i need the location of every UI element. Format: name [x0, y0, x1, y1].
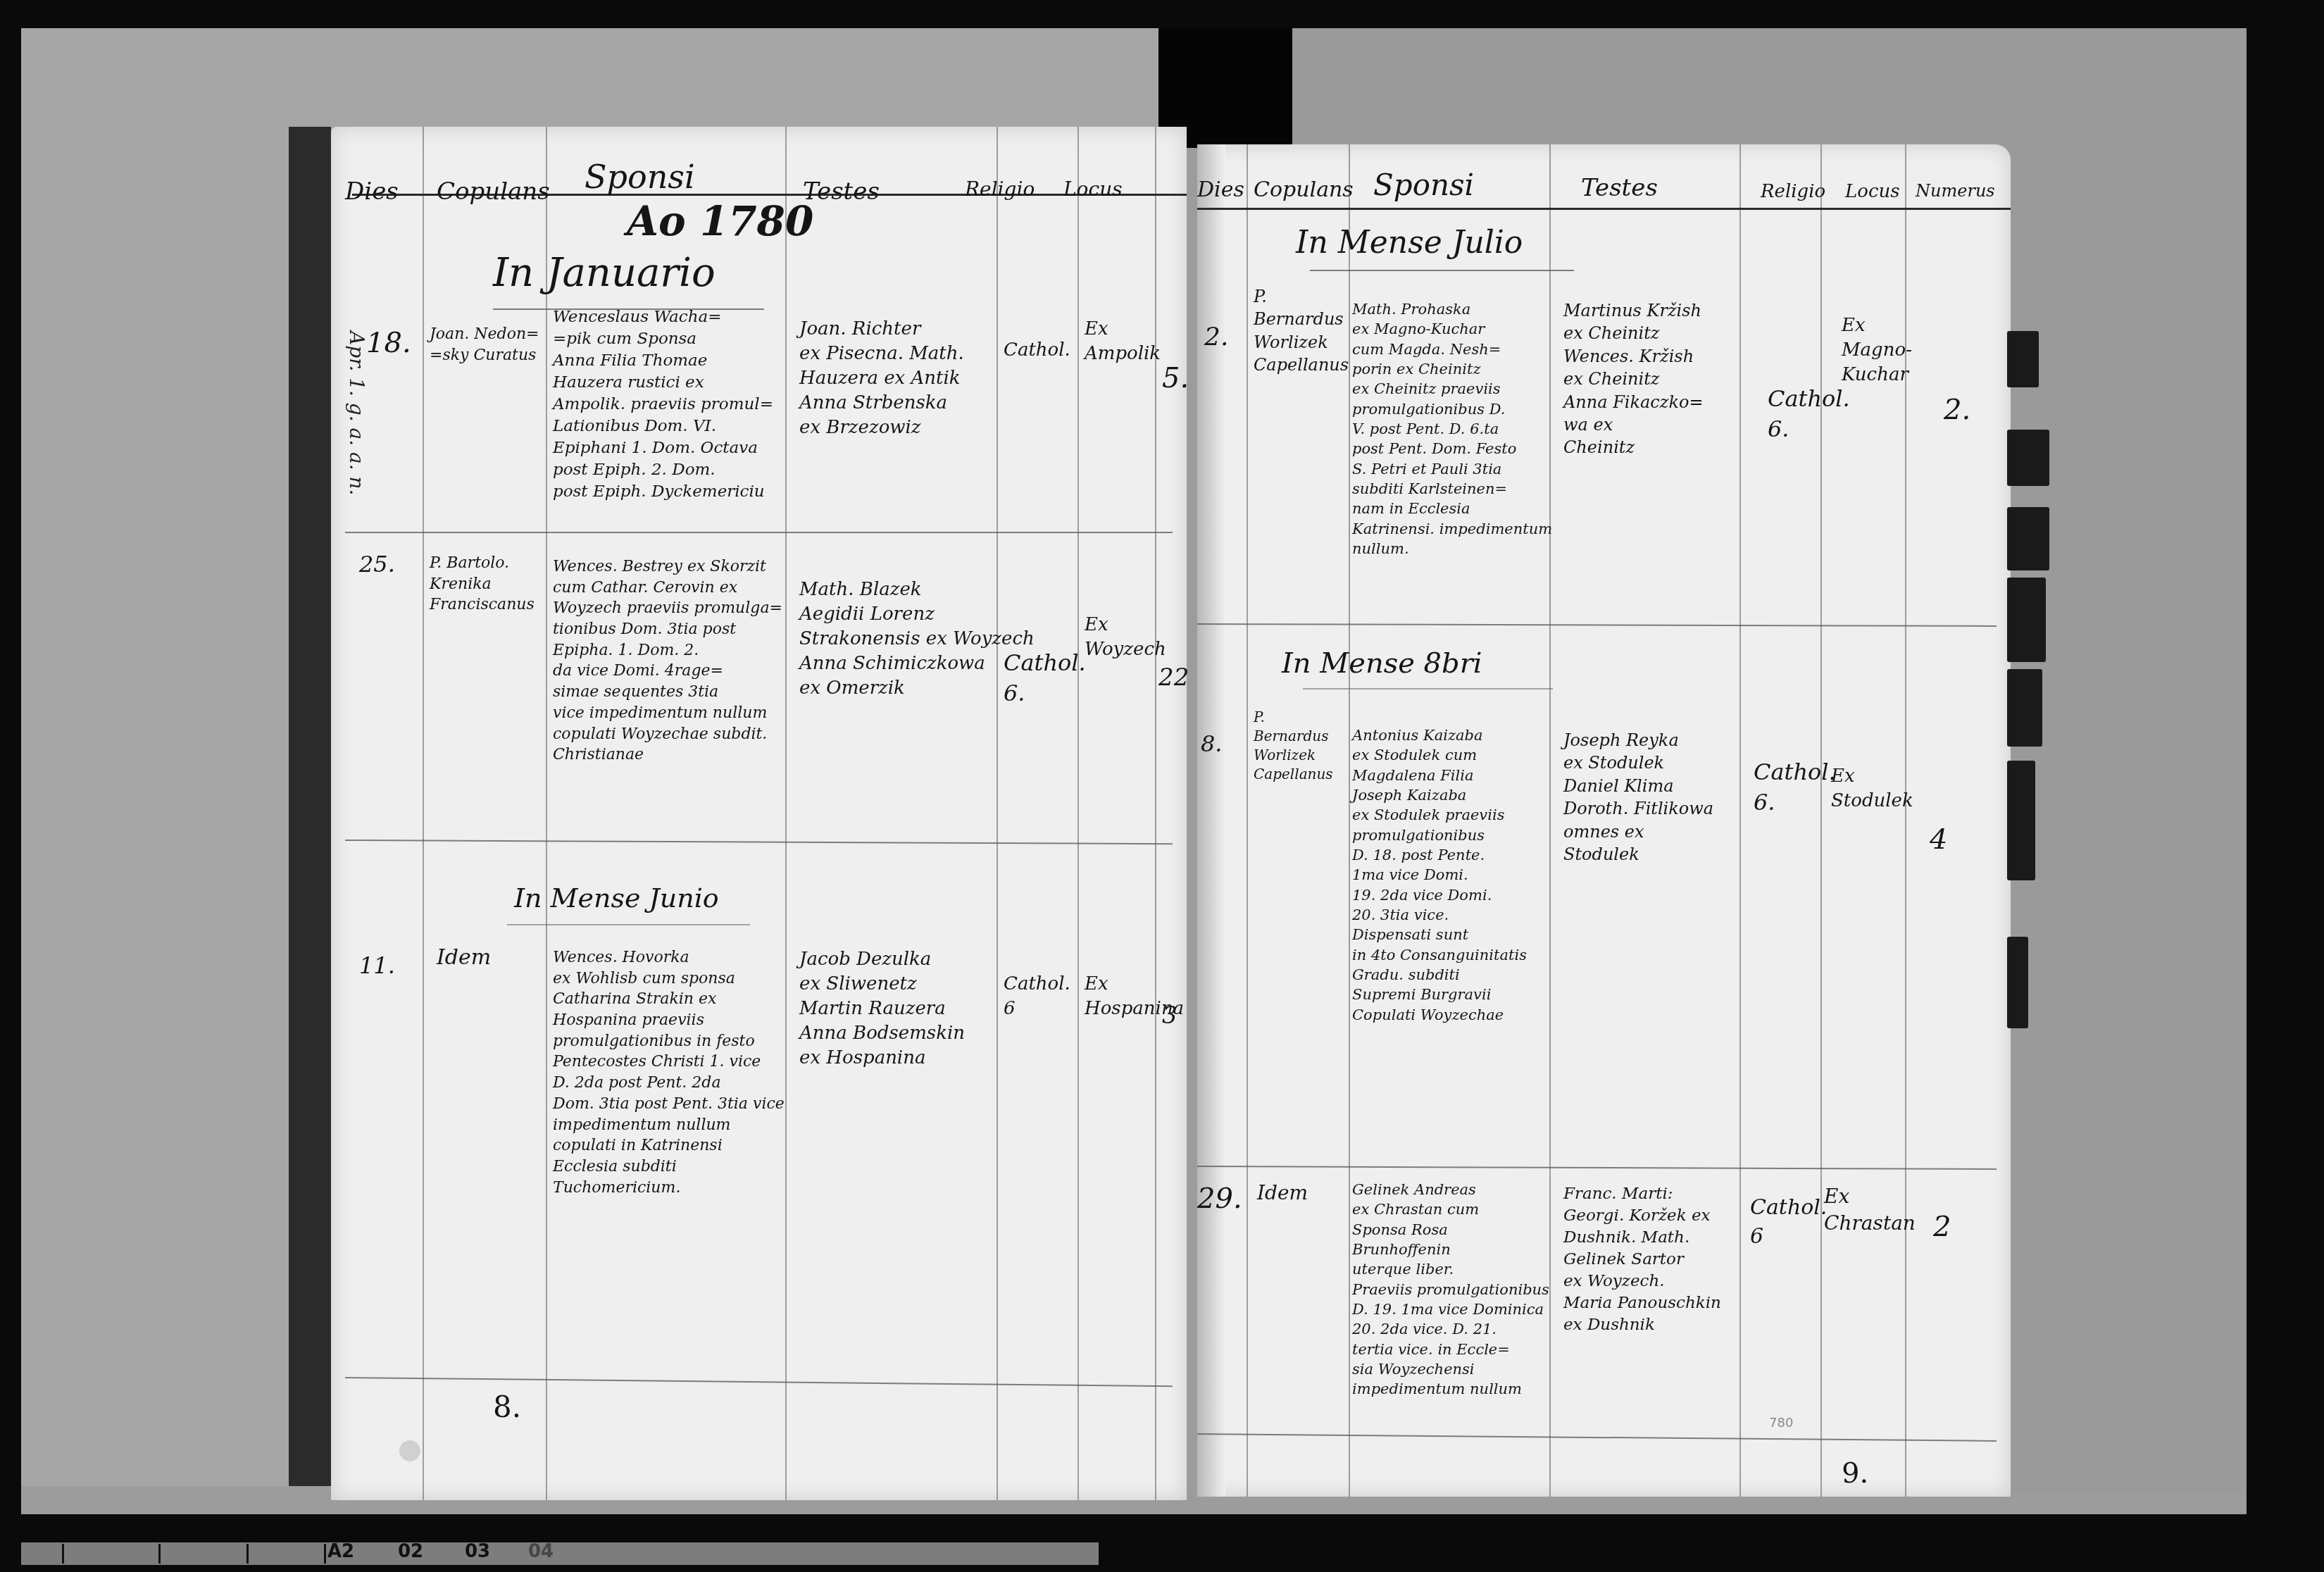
column-rule: [1739, 144, 1741, 1497]
entry-testes: Franc. Marti: Georgi. Koržek ex Dushnik.…: [1563, 1183, 1721, 1336]
entry-religio: Cathol. 6: [1004, 972, 1070, 1021]
column-rule: [1077, 127, 1079, 1500]
year-heading: Ao 1780: [627, 194, 813, 249]
header-copulans: Copulans: [437, 176, 550, 208]
entry-divider: [1197, 1433, 1997, 1442]
entry-copulans: Idem: [1257, 1180, 1308, 1206]
entry-locus: Ex Chrastan: [1824, 1183, 1916, 1237]
entry-locus: Ex Magno- Kuchar: [1842, 313, 1912, 387]
index-tab: [2007, 578, 2046, 662]
page-hole: [399, 1440, 420, 1461]
header-locus: Locus: [1845, 180, 1900, 204]
page-number-right: 9.: [1842, 1454, 1868, 1492]
entry-religio: Cathol. 6: [1750, 1194, 1827, 1251]
index-tab: [2007, 937, 2028, 1028]
entry-testes: Joan. Richter ex Pisecna. Math. Hauzera …: [799, 317, 964, 440]
heading-underline: [1310, 270, 1574, 271]
entry-testes: Martinus Kržish ex Cheinitz Wences. Krži…: [1563, 299, 1704, 459]
ruler-tick: [62, 1544, 64, 1564]
entry-sponsi: Wenceslaus Wacha= =pik cum Sponsa Anna F…: [553, 306, 773, 503]
entry-numerus: 4: [1930, 821, 1947, 859]
month-heading-junio: In Mense Junio: [514, 880, 719, 916]
header-testes: Testes: [803, 176, 880, 208]
header-dies: Dies: [1197, 176, 1244, 205]
page-number-left: 8.: [493, 1387, 521, 1428]
entry-day: 25.: [359, 549, 395, 580]
entry-day: 8.: [1201, 729, 1223, 759]
entry-locus: Ex Woyzech: [1085, 613, 1166, 662]
entry-numerus: 3: [1162, 1000, 1177, 1033]
entry-testes: Math. Blazek Aegidii Lorenz Strakonensis…: [799, 578, 1035, 701]
column-rule: [997, 127, 998, 1500]
ruler-label: 02: [398, 1541, 423, 1562]
scan-ruler: [21, 1542, 1099, 1565]
entry-numerus: 5.: [1162, 359, 1189, 397]
entry-religio: Cathol.: [1004, 338, 1070, 363]
margin-note: Apr. 1. g. a. a. n.: [345, 331, 368, 496]
entry-divider: [345, 1377, 1173, 1387]
entry-divider: [345, 532, 1173, 533]
column-rule: [1247, 144, 1248, 1497]
header-copulans: Copulans: [1254, 176, 1354, 205]
entry-religio: Cathol. 6.: [1768, 384, 1850, 444]
index-tab: [2007, 430, 2049, 486]
entry-copulans: P. Bernardus Worlizek Capellanus: [1254, 285, 1349, 377]
entry-day: 18.: [366, 324, 411, 362]
entry-sponsi: Wences. Bestrey ex Skorzit cum Cathar. C…: [553, 556, 782, 766]
entry-sponsi: Wences. Hovorka ex Wohlisb cum sponsa Ca…: [553, 947, 785, 1198]
entry-day: 11.: [359, 951, 395, 981]
header-numerus: Numerus: [1916, 180, 1995, 202]
entry-sponsi: Antonius Kaizaba ex Stodulek cum Magdale…: [1352, 725, 1527, 1025]
entry-copulans: P. Bartolo. Krenika Franciscanus: [430, 553, 535, 616]
register-page-left: Dies Copulans Sponsi Testes Religio Locu…: [331, 127, 1187, 1500]
entry-locus: Ex Stodulek: [1831, 764, 1913, 813]
index-tab: [2007, 331, 2039, 387]
register-page-right: Dies Copulans Sponsi Testes Religio Locu…: [1197, 144, 2011, 1497]
entry-numerus: 2.: [1944, 391, 1970, 429]
header-religio: Religio: [1761, 180, 1825, 204]
entry-divider: [345, 840, 1173, 844]
entry-divider: [1197, 623, 1997, 627]
entry-copulans: P. Bernardus Worlizek Capellanus: [1254, 708, 1333, 784]
index-tabs: [2007, 303, 2056, 1035]
entry-day: 29.: [1197, 1180, 1242, 1218]
column-rule: [546, 127, 547, 1500]
entry-testes: Joseph Reyka ex Stodulek Daniel Klima Do…: [1563, 729, 1713, 866]
header-rule: [1197, 208, 2011, 210]
month-heading-januario: In Januario: [493, 247, 716, 300]
header-sponsi: Sponsi: [1373, 166, 1474, 206]
entry-numerus: 2: [1933, 1208, 1951, 1246]
header-religio: Religio: [965, 176, 1035, 203]
column-rule: [1349, 144, 1350, 1497]
entry-copulans: Joan. Nedon= =sky Curatus: [430, 324, 539, 366]
book-spine-edge: [289, 127, 331, 1486]
pencil-note: 780: [1769, 1416, 1793, 1430]
ruler-label: 03: [465, 1541, 490, 1562]
entry-sponsi: Math. Prohaska ex Magno-Kuchar cum Magda…: [1352, 299, 1552, 559]
month-heading-julio: In Mense Julio: [1296, 222, 1523, 263]
entry-divider: [1197, 1166, 1997, 1170]
index-tab: [2007, 761, 2035, 880]
entry-copulans: Idem: [437, 944, 491, 973]
header-testes: Testes: [1581, 173, 1658, 205]
entry-locus: Ex Ampolik: [1085, 317, 1161, 366]
ruler-label: 04: [528, 1541, 554, 1562]
index-tab: [2007, 507, 2049, 570]
ruler-tick: [158, 1544, 161, 1564]
column-rule: [1820, 144, 1822, 1497]
header-sponsi: Sponsi: [585, 155, 695, 199]
heading-underline: [1303, 688, 1553, 690]
header-dies: Dies: [345, 176, 399, 208]
entry-numerus: 22: [1158, 662, 1189, 694]
month-heading-8bri: In Mense 8bri: [1282, 644, 1482, 682]
column-rule: [785, 127, 787, 1500]
column-rule: [423, 127, 424, 1500]
entry-testes: Jacob Dezulka ex Sliwenetz Martin Rauzer…: [799, 947, 965, 1071]
ruler-tick: [324, 1544, 326, 1564]
entry-religio: Cathol. 6.: [1004, 648, 1086, 709]
entry-day: 2.: [1204, 320, 1228, 355]
index-tab: [2007, 669, 2042, 747]
entry-religio: Cathol. 6.: [1754, 757, 1836, 818]
heading-underline: [507, 924, 750, 925]
entry-sponsi: Gelinek Andreas ex Chrastan cum Sponsa R…: [1352, 1180, 1549, 1399]
ruler-label: A2: [327, 1541, 354, 1562]
ruler-tick: [246, 1544, 249, 1564]
header-locus: Locus: [1063, 176, 1123, 203]
